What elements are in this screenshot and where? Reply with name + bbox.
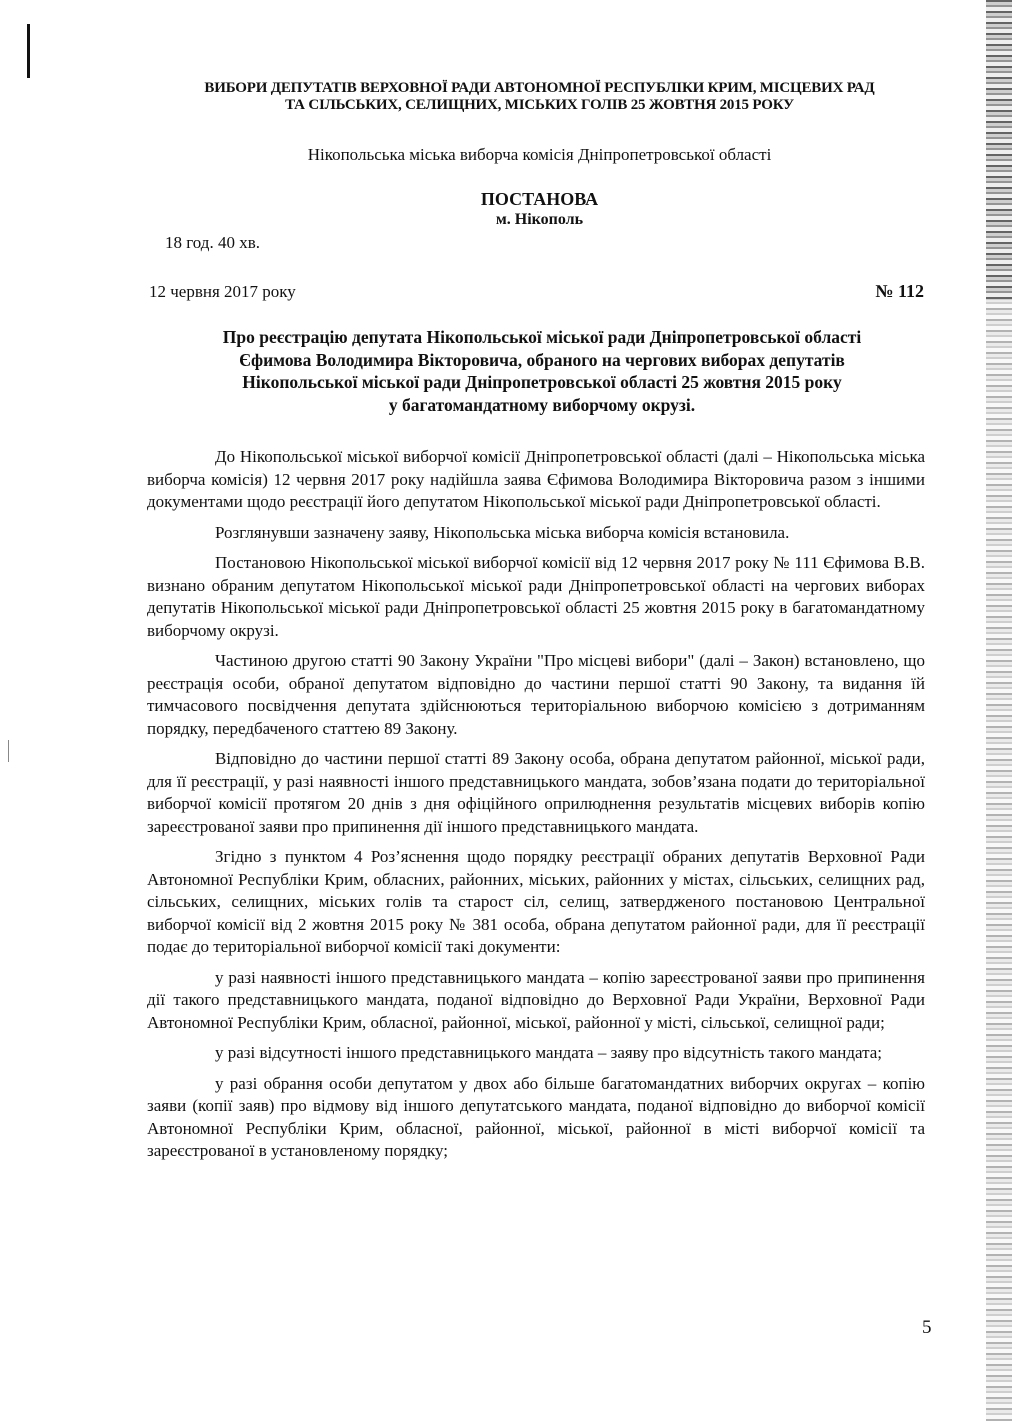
election-title-line1: ВИБОРИ ДЕПУТАТІВ ВЕРХОВНОЇ РАДИ АВТОНОМН… xyxy=(147,80,932,97)
scan-edge-artifact-top xyxy=(986,0,1012,300)
paragraph: у разі наявності іншого представницького… xyxy=(147,967,925,1035)
paragraph: Згідно з пунктом 4 Роз’яснення щодо поря… xyxy=(147,846,925,959)
document-body: До Нікопольської міської виборчої комісі… xyxy=(147,446,925,1171)
election-title-line2: ТА СІЛЬСЬКИХ, СЕЛИЩНИХ, МІСЬКИХ ГОЛІВ 25… xyxy=(147,97,932,114)
binder-mark-small xyxy=(8,740,9,762)
title-line: у багатомандатному виборчому окрузі. xyxy=(157,394,927,417)
title-line: Єфимова Володимира Вікторовича, обраного… xyxy=(157,349,927,372)
paragraph: у разі обрання особи депутатом у двох аб… xyxy=(147,1073,925,1163)
commission-name: Нікопольська міська виборча комісія Дніп… xyxy=(147,145,932,165)
document-time: 18 год. 40 хв. xyxy=(165,233,260,253)
document-type: ПОСТАНОВА xyxy=(147,188,932,210)
paragraph: До Нікопольської міської виборчої комісі… xyxy=(147,446,925,514)
election-title: ВИБОРИ ДЕПУТАТІВ ВЕРХОВНОЇ РАДИ АВТОНОМН… xyxy=(147,80,932,114)
paragraph: у разі відсутності іншого представницько… xyxy=(147,1042,925,1065)
page-number: 5 xyxy=(922,1317,932,1339)
document-city: м. Нікополь xyxy=(147,211,932,229)
document-date: 12 червня 2017 року xyxy=(149,282,296,302)
paragraph: Постановою Нікопольської міської виборчо… xyxy=(147,552,925,642)
paragraph: Відповідно до частини першої статті 89 З… xyxy=(147,748,925,838)
paragraph: Частиною другою статті 90 Закону України… xyxy=(147,650,925,740)
title-line: Про реєстрацію депутата Нікопольської мі… xyxy=(157,326,927,349)
resolution-title: Про реєстрацію депутата Нікопольської мі… xyxy=(157,326,927,416)
title-line: Нікопольської міської ради Дніпропетровс… xyxy=(157,371,927,394)
document-number: № 112 xyxy=(875,281,924,302)
paragraph: Розглянувши зазначену заяву, Нікопольськ… xyxy=(147,522,925,545)
binder-mark xyxy=(27,24,30,78)
